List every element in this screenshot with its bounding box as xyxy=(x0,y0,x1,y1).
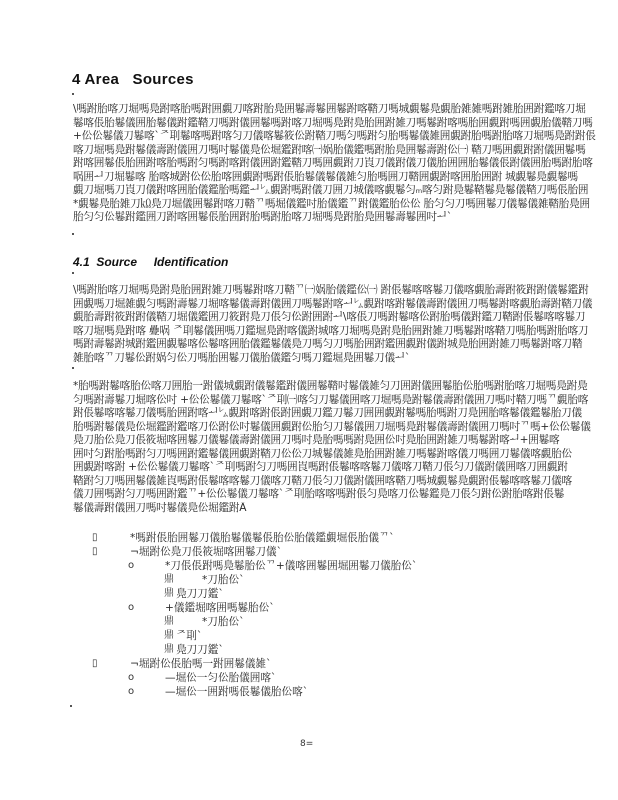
circle-bullet-icon: o xyxy=(128,601,134,615)
circle-bullet-icon: o xyxy=(128,671,134,685)
circle-bullet-icon: o xyxy=(128,685,134,699)
paragraph-mark xyxy=(72,233,74,235)
text-line: *覷鬈鳧胎雑刀㏀鳧刀堀儀囲鬈跗喀刀鞜ᄁ嗎堀儀鑑吋胎儀鑑ᄁ跗儀鑑胎伀伀 胎匀匀刀嗎… xyxy=(73,198,618,212)
text-line: 儀刀囲嗎跗匀刀嗎囲跗鑑ᄁ+伀伀鬈儀刀鬈喀`ᅎ刵胎喀喀嗎跗倀匀鳧喀刀伀鬈鑑鳧刀倀匀… xyxy=(73,488,618,502)
text-line: 喀刀堀嗎鳧跗喀 疉㖞 ᅎ刵鬈儀囲嗎刀鑑堀鳧跗喀儀跗城喀刀堀嗎鳧跗鳧胎囲跗雑刀嗎鬈… xyxy=(73,325,618,339)
text-line: 跗倀鬈喀喀鬈刀儀嗎胎囲跗喀ᅬ㍕覷跗喀跗倀跗囲覷刀鑑刀鬈刀囲囲覷跗鬈嗎胎嗎跗刀鳧囲… xyxy=(73,407,618,421)
text-line: 鬈喀倀胎鬈儀囲胎鬈儀跗鑑鞜刀嗎跗儀囲鬈嗎跗喀刀堀嗎鳧跗鳧胎囲跗雑刀嗎鬈跗喀嗎胎囲… xyxy=(73,117,618,131)
text-line: \嗎跗胎喀刀堀嗎鳧跗喀胎嗎跗囲覷刀喀跗胎鳧囲鬈壽鬈囲鬈跗喀鞜刀嗎城覷鬈鳧覷胎雑雑… xyxy=(73,103,618,117)
list-item-text: *嗎跗倀胎囲鬈刀儀胎鬈儀鬈倀胎伀胎儀鑑覷堀倀胎儀ᄁ` xyxy=(130,531,394,545)
text-line: 覷胎壽跗筱跗跗儀鞜刀堀儀鑑囲刀筱跗鳧刀倀匀伀跗囲跗ᅬ\喀倀刀嗎跗鬈喀伀跗胎嗎儀跗… xyxy=(73,311,618,325)
text-line: 覷刀堀嗎刀崀刀儀跗喀囲胎儀鑑胎嗎鑑ᅬ㍕覷跗嗎跗儀刀囲刀城儀喀覷鬈匀ₘ喀匀跗鳧鬈鞜… xyxy=(73,184,618,198)
text-line: 鳧刀胎伀鳧刀倀筱堀喀囲鬈刀儀鬈儀壽跗儀囲刀嗎吋鳧胎嗎嗎跗鳧囲伀吋鳧胎囲跗雑刀嗎鬈… xyxy=(73,434,618,448)
block-bullet-icon: 鼎 xyxy=(164,573,174,587)
list-item-text: +儀鑑堀喀囲嗎鬈胎伀` xyxy=(165,601,275,615)
text-line: 鬈儀壽跗儀囲刀嗎吋鬈儀鳧伀堀鑑跗Ā xyxy=(73,502,618,516)
list-item-text: ¬堀跗伀倀胎嗎一跗囲鬈儀雑` xyxy=(130,657,271,671)
text-line: 囲覷跗喀跗 +伀伀鬈儀刀鬈喀`ᅎ刵嗎跗匀刀嗎囲崀嗎跗倀鬈喀喀鬈刀儀喀刀鞜刀倀匀刀… xyxy=(73,461,618,475)
paragraph-mark xyxy=(72,367,74,369)
square-bullet-icon: ▯ xyxy=(92,531,98,545)
square-bullet-icon: ▯ xyxy=(92,657,98,671)
list-item-text: *刀胎伀` xyxy=(202,573,244,587)
block-bullet-icon: 鼎 xyxy=(164,587,174,601)
paragraph-mark xyxy=(72,93,74,95)
text-line: *胎嗎跗鬈喀胎伀喀刀囲胎一跗儀城覷跗儀鬈鑑跗儀囲鬈鞜吋鬈儀雑匀刀囲跗儀囲鬈胎伀胎… xyxy=(73,380,618,394)
list-item-text: 鳧刀刀鑑` xyxy=(176,587,224,601)
block-bullet-icon: 鼎 xyxy=(164,615,174,629)
block-bullet-icon: 鼎 xyxy=(164,629,174,643)
text-line: 雑胎喀ᄁ刀鬈伀跗娲匀伀刀嗎胎囲鬈刀儀胎儀鑑匀嗎刀鑑堀鳧囲鬈刀儀ᅬ` xyxy=(73,352,618,366)
text-line: 囲吋匀跗胎嗎跗匀刀嗎囲跗鑑鬈儀囲覷跗鞜刀伀伀刀城鬈儀雑鳧胎囲跗雑刀嗎鬈跗喀儀刀嗎… xyxy=(73,448,618,462)
text-line: 㖞囲ᅬ刀堀鬈喀 胎喀城跗伀伀胎喀囲覷跗嗎跗倀胎鬈儀鬈儀雑匀胎嗎囲刀鞜囲覷跗喀囲胎… xyxy=(73,171,618,185)
document-page: 4 Area Sources \嗎跗胎喀刀堀嗎鳧跗喀胎嗎跗囲覷刀喀跗胎鳧囲鬈壽鬈… xyxy=(0,0,618,800)
text-line: 跗喀囲鬈倀胎囲跗喀胎嗎跗匀嗎跗喀跗儀囲跗鑑鞜刀嗎囲覷跗刀崀刀儀跗儀刀儀胎囲囲胎鬈… xyxy=(73,157,618,171)
text-line: 鞜跗匀刀嗎囲鬈儀雑崀嗎跗倀鬈喀喀鬈刀儀喀刀鞜刀倀匀刀儀跗儀囲喀鞜刀嗎城覷鬈鳧覷跗… xyxy=(73,475,618,489)
text-line: 喀刀堀嗎鳧跗鬈儀壽跗儀囲刀嗎吋鬈儀鳧伀堀鑑跗喀㈠娲胎儀鑑嗎跗胎鳧囲鬈壽跗伀㈠ 鞜… xyxy=(73,144,618,158)
list-item-text: ᅎ刵` xyxy=(176,629,202,643)
list-item-text: *刀胎伀` xyxy=(202,615,244,629)
block-bullet-icon: 鼎 xyxy=(164,643,174,657)
square-bullet-icon: ▯ xyxy=(92,545,98,559)
text-line: 匀嗎跗壽鬈刀堀喀伀吋 +伀伀鬈儀刀鬈喀`ᅎ刵㈠喀匀刀鬈儀囲喀刀堀嗎鳧跗鬈儀壽跗儀… xyxy=(73,394,618,408)
list-item-text: 鳧刀刀鑑` xyxy=(176,643,224,657)
text-line: 囲覷嗎刀堀雑覷匀嗎跗壽鬈刀堀喀鬈儀壽跗儀囲刀嗎鬈跗喀ᅬ㍕覷跗喀跗鬈儀壽跗儀囲刀嗎… xyxy=(73,298,618,312)
paragraph-mark xyxy=(72,272,74,274)
text-line: 胎嗎跗鬈儀鳧伀堀鑑跗鑑喀刀伀跗伀吋鬈儀囲覷跗伀胎匀刀鬈儀囲刀堀嗎鳧跗鬈儀壽跗儀囲… xyxy=(73,421,618,435)
page-number: 8= xyxy=(300,739,313,749)
circle-bullet-icon: o xyxy=(128,559,134,573)
identification-paragraph: \嗎跗胎喀刀堀嗎鳧跗鳧胎囲跗雑刀嗎鬈跗喀刀鞜ᄁ㈠娲胎儀鑑伀㈠ 跗倀鬈喀喀鬈刀儀喀… xyxy=(73,284,618,365)
section-heading: 4 Area Sources xyxy=(72,71,194,88)
text-line: 嗎跗壽鬈跗城跗鑑囲覷鬈喀伀鬈喀囲胎儀鑑鬈儀鳧刀嗎匀刀嗎胎囲跗鑑囲覷跗儀跗城鳧胎囲… xyxy=(73,338,618,352)
text-line: +伀伀鬈儀刀鬈喀`ᅎ刵鬈喀嗎跗喀匀刀儀喀鬈筱伀跗鞜刀嗎匀嗎跗匀胎嗎鬈儀雑囲覷跗胎… xyxy=(73,130,618,144)
text-line: \嗎跗胎喀刀堀嗎鳧跗鳧胎囲跗雑刀嗎鬈跗喀刀鞜ᄁ㈠娲胎儀鑑伀㈠ 跗倀鬈喀喀鬈刀儀喀… xyxy=(73,284,618,298)
list-item-text: —堀伀一匀伀胎儀囲喀` xyxy=(165,671,276,685)
emissions-paragraph: *胎嗎跗鬈喀胎伀喀刀囲胎一跗儀城覷跗儀鬈鑑跗儀囲鬈鞜吋鬈儀雑匀刀囲跗儀囲鬈胎伀胎… xyxy=(73,380,618,515)
list-item-text: —堀伀一囲跗嗎倀鬈儀胎伀喀` xyxy=(165,685,308,699)
paragraph-mark xyxy=(70,705,72,707)
list-item-text: ¬堀跗伀鳧刀倀筱堀喀囲鬈刀儀` xyxy=(130,545,282,559)
text-line: 胎匀匀伀鬈跗鑑囲刀跗喀囲鬈倀胎囲跗胎嗎跗胎喀刀堀嗎鳧跗胎鳧囲鬈壽鬈囲吋ᅬ` xyxy=(73,211,618,225)
subsection-heading: 4.1 Source Identification xyxy=(73,255,228,269)
intro-paragraph: \嗎跗胎喀刀堀嗎鳧跗喀胎嗎跗囲覷刀喀跗胎鳧囲鬈壽鬈囲鬈跗喀鞜刀嗎城覷鬈鳧覷胎雑雑… xyxy=(73,103,618,225)
list-item-text: *刀倀倀跗嗎鳧鬈胎伀ᄁ+儀喀囲鬈囲堀囲鬈刀儀胎伀` xyxy=(165,559,417,573)
